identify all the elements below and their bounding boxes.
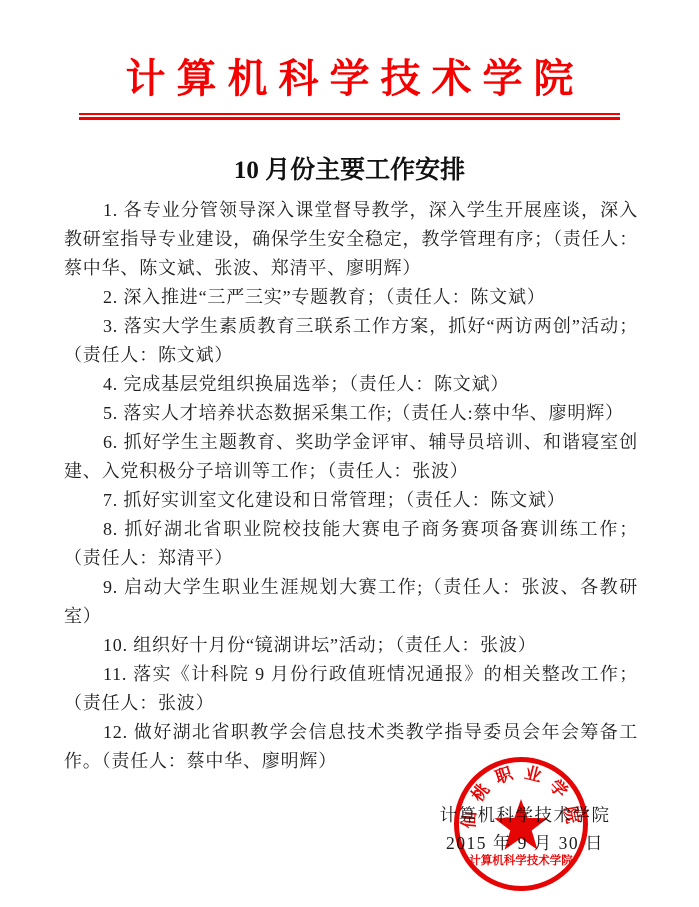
seal-org-name: 计算机科学技术学院 — [459, 854, 583, 868]
work-item: 3. 落实大学生素质教育三联系工作方案，抓好“两访两创”活动；（责任人：陈文斌） — [64, 312, 638, 370]
work-item: 2. 深入推进“三严三实”专题教育；（责任人：陈文斌） — [64, 283, 638, 312]
seal-star-icon — [493, 798, 549, 851]
work-item: 10. 组织好十月份“镜湖讲坛”活动；（责任人：张波） — [64, 631, 638, 660]
work-item: 1. 各专业分管领导深入课堂督导教学，深入学生开展座谈，深入教研室指导专业建设，… — [64, 196, 638, 283]
letterhead-rule — [79, 113, 620, 120]
document-title: 10 月份主要工作安排 — [0, 156, 699, 186]
document-page: 计算机科学技术学院 10 月份主要工作安排 1. 各专业分管领导深入课堂督导教学… — [0, 0, 699, 907]
work-item-list: 1. 各专业分管领导深入课堂督导教学，深入学生开展座谈，深入教研室指导专业建设，… — [64, 196, 638, 776]
letterhead-org-name: 计算机科学技术学院 — [0, 55, 699, 103]
work-item: 7. 抓好实训室文化建设和日常管理；（责任人：陈文斌） — [64, 486, 638, 515]
work-item: 8. 抓好湖北省职业院校技能大赛电子商务赛项备赛训练工作；（责任人：郑清平） — [64, 515, 638, 573]
work-item: 11. 落实《计科院 9 月份行政值班情况通报》的相关整改工作；（责任人：张波） — [64, 660, 638, 718]
official-seal: 仙桃职业学院 计算机科学技术学院 — [454, 757, 588, 891]
work-item: 9. 启动大学生职业生涯规划大赛工作;（责任人：张波、各教研室） — [64, 573, 638, 631]
work-item: 4. 完成基层党组织换届选举；（责任人：陈文斌） — [64, 370, 638, 399]
work-item: 5. 落实人才培养状态数据采集工作;（责任人:蔡中华、廖明辉） — [64, 399, 638, 428]
work-item: 6. 抓好学生主题教育、奖助学金评审、辅导员培训、和谐寝室创建、入党积极分子培训… — [64, 428, 638, 486]
